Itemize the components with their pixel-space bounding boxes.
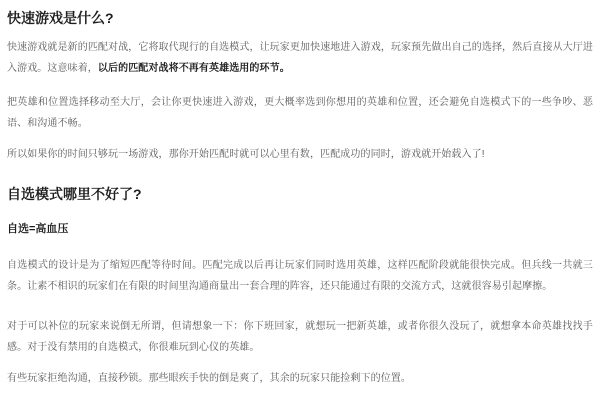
section1-heading: 快速游戏是什么? [7, 10, 593, 27]
paragraph-fill-players: 对于可以补位的玩家来说倒无所谓，但请想象一下：你下班回家，就想玩一把新英雄，或者… [7, 316, 593, 358]
section2-heading: 自选模式哪里不好了? [7, 186, 593, 203]
article-body: 快速游戏是什么? 快速游戏就是新的匹配对战，它将取代现行的自选模式，让玩家更加快… [7, 10, 593, 389]
paragraph-draft-design: 自选模式的设计是为了缩短匹配等待时间。匹配完成以后再让玩家们同时选用英雄，这样匹… [7, 255, 593, 297]
paragraph-one-game-time: 所以如果你的时间只够玩一场游戏，那你开始匹配时就可以心里有数，匹配成功的同时，游… [7, 144, 593, 165]
paragraph-quick-play-intro-bold: 以后的匹配对战将不再有英雄选用的环节。 [98, 63, 290, 74]
paragraph-quick-play-intro: 快速游戏就是新的匹配对战，它将取代现行的自选模式，让玩家更加快速地进入游戏，玩家… [7, 37, 593, 79]
section2-subheading: 自选=高血压 [7, 221, 593, 238]
paragraph-lobby-selection: 把英雄和位置选择移动至大厅，会让你更快速进入游戏，更大概率选到你想用的英雄和位置… [7, 92, 593, 134]
article-page: 快速游戏是什么? 快速游戏就是新的匹配对战，它将取代现行的自选模式，让玩家更加快… [0, 0, 600, 404]
paragraph-quick-play-intro-text: 快速游戏就是新的匹配对战，它将取代现行的自选模式，让玩家更加快速地进入游戏，玩家… [7, 42, 593, 74]
paragraph-instalock: 有些玩家拒绝沟通，直接秒锁。那些眼疾手快的倒是爽了，其余的玩家只能捡剩下的位置。 [7, 368, 593, 389]
